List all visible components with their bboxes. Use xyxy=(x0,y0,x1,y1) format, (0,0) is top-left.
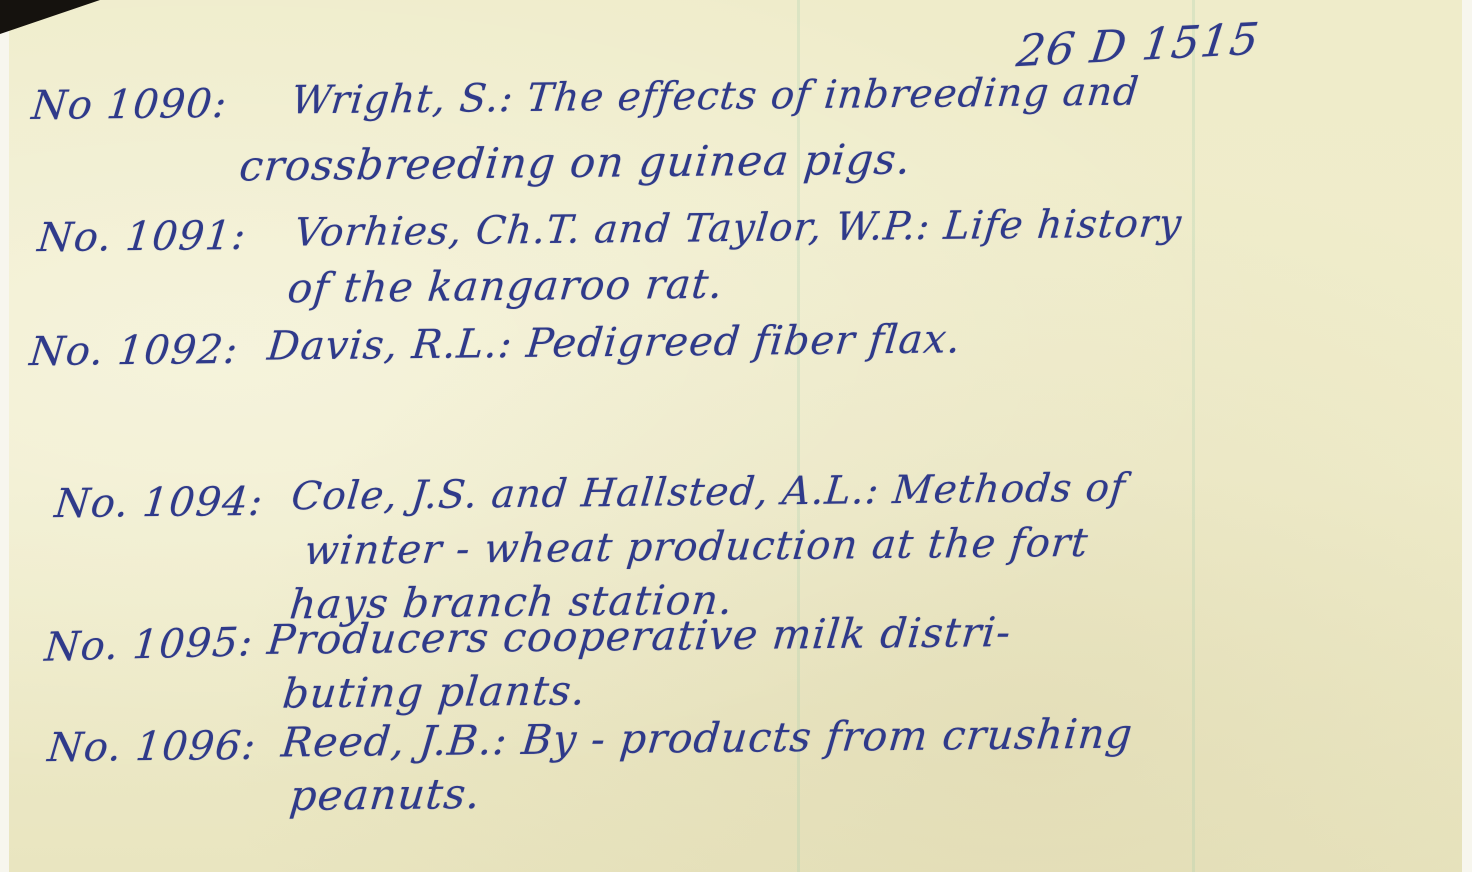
entry-1094-line-2: winter - wheat production at the fort xyxy=(302,520,1090,574)
entry-1090-line-1: Wright, S.: The effects of inbreeding an… xyxy=(289,70,1141,124)
entry-1090-line-2: crossbreeding on guinea pigs. xyxy=(237,134,913,190)
card-right-edge xyxy=(1462,0,1472,872)
entry-1096-line-1: Reed, J.B.: By - products from crushing xyxy=(279,710,1135,767)
catalog-card: 26 D 1515 No 1090: Wright, S.: The effec… xyxy=(0,0,1472,872)
photo-corner-shadow xyxy=(0,0,100,34)
entry-1090-number: No 1090: xyxy=(30,81,230,129)
catalog-code: 26 D 1515 xyxy=(1014,14,1262,78)
entry-1091-line-1: Vorhies, Ch.T. and Taylor, W.P.: Life hi… xyxy=(292,201,1184,255)
entry-1096-line-2: peanuts. xyxy=(288,769,484,820)
scan-artifact-line-2 xyxy=(1192,0,1195,872)
entry-1095-number: No. 1095: xyxy=(43,619,255,670)
card-left-edge xyxy=(0,0,9,872)
entry-1095-line-1: Producers cooperative milk distri- xyxy=(265,608,1013,664)
entry-1092-line-1: Davis, R.L.: Pedigreed fiber flax. xyxy=(265,316,963,369)
entry-1094-line-1: Cole, J.S. and Hallsted, A.L.: Methods o… xyxy=(289,466,1127,520)
entry-1095-line-2: buting plants. xyxy=(281,666,589,717)
entry-1091-line-2: of the kangaroo rat. xyxy=(286,260,726,313)
entry-1096-number: No. 1096: xyxy=(46,723,259,771)
entry-1091-number: No. 1091: xyxy=(36,213,249,261)
entry-1092-number: No. 1092: xyxy=(28,327,241,375)
entry-1094-number: No. 1094: xyxy=(53,479,266,527)
